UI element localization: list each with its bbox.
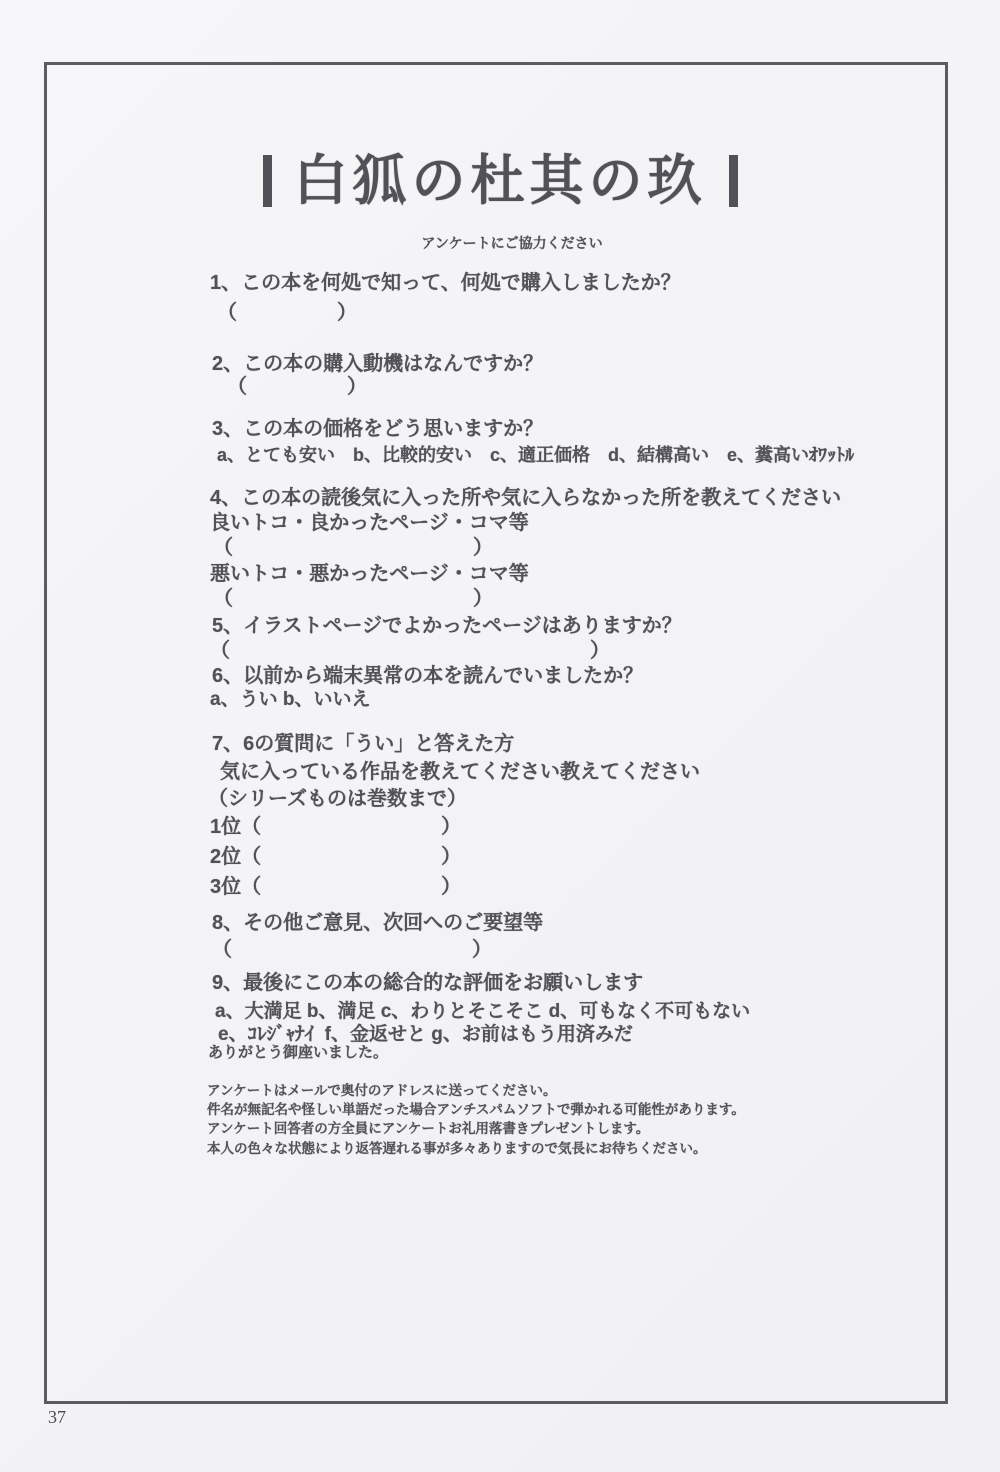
question-9-title: 9、最後にこの本の総合的な評価をお願いします bbox=[212, 973, 643, 993]
question-7-rank3-blank: 3位（ ） bbox=[210, 877, 461, 897]
question-6-options: a、うい b、いいえ bbox=[210, 690, 370, 709]
question-9-options-line2: e、ｺﾚｼﾞｬﾅｲ f、金返せと g、お前はもう用済みだ bbox=[218, 1025, 633, 1044]
question-7-rank2-blank: 2位（ ） bbox=[210, 847, 461, 867]
question-3-options: a、とても安い b、比較的安い c、適正価格 d、結構高い e、糞高いｵﾜｯﾄﾙ bbox=[217, 446, 854, 464]
footer-note-line2: 件名が無記名や怪しい単語だった場合アンチスパムソフトで弾かれる可能性があります。 bbox=[207, 1103, 745, 1117]
title-row: 白狐の杜其の玖 bbox=[0, 154, 1000, 208]
scanned-survey-page: 白狐の杜其の玖 アンケートにご協力ください 1、この本を何処で知って、何処で購入… bbox=[0, 0, 1000, 1472]
question-4-good-blank: （ ） bbox=[213, 538, 493, 558]
question-7-prompt: 気に入っている作品を教えてください教えてください bbox=[220, 762, 700, 782]
page-title: 白狐の杜其の玖 bbox=[294, 154, 707, 208]
question-9-options-line1: a、大満足 b、満足 c、わりとそこそこ d、可もなく不可もない bbox=[215, 1002, 750, 1021]
question-5-title: 5、イラストページでよかったページはありますか？ bbox=[212, 616, 682, 636]
page-number: 37 bbox=[48, 1408, 66, 1426]
question-2-answer-blank: （ ） bbox=[227, 377, 367, 397]
title-bracket-right bbox=[729, 155, 738, 207]
question-4-good-label: 良いトコ・良かったページ・コマ等 bbox=[210, 513, 529, 533]
question-4-bad-label: 悪いトコ・悪かったページ・コマ等 bbox=[210, 564, 529, 584]
survey-subtitle: アンケートにご協力ください bbox=[0, 236, 1000, 250]
footer-note-line3: アンケート回答者の方全員にアンケートお礼用落書きプレゼントします。 bbox=[207, 1122, 649, 1136]
question-5-answer-blank: （ ） bbox=[210, 641, 610, 661]
question-6-title: 6、以前から端末異常の本を読んでいましたか？ bbox=[212, 666, 643, 686]
question-8-answer-blank: （ ） bbox=[212, 940, 492, 960]
question-8-title: 8、その他ご意見、次回へのご要望等 bbox=[212, 913, 543, 933]
question-7-note: （シリーズものは巻数まで） bbox=[208, 789, 467, 809]
question-3-title: 3、この本の価格をどう思いますか？ bbox=[212, 419, 543, 439]
question-2-title: 2、この本の購入動機はなんですか？ bbox=[212, 354, 543, 374]
question-1-answer-blank: （ ） bbox=[217, 303, 357, 323]
question-7-rank1-blank: 1位（ ） bbox=[210, 817, 461, 837]
footer-note-line1: アンケートはメールで奥付のアドレスに送ってください。 bbox=[207, 1084, 557, 1098]
thanks-note: ありがとう御座いました。 bbox=[208, 1045, 388, 1060]
footer-note-line4: 本人の色々な状態により返答遅れる事が多々ありますので気長にお待ちください。 bbox=[207, 1142, 707, 1156]
title-bracket-left bbox=[263, 155, 272, 207]
question-4-bad-blank: （ ） bbox=[213, 589, 493, 609]
question-4-title: 4、この本の読後気に入った所や気に入らなかった所を教えてください bbox=[210, 488, 841, 508]
question-1-title: 1、この本を何処で知って、何処で購入しましたか？ bbox=[210, 273, 681, 293]
question-7-title: 7、6の質問に「うい」と答えた方 bbox=[212, 734, 514, 754]
